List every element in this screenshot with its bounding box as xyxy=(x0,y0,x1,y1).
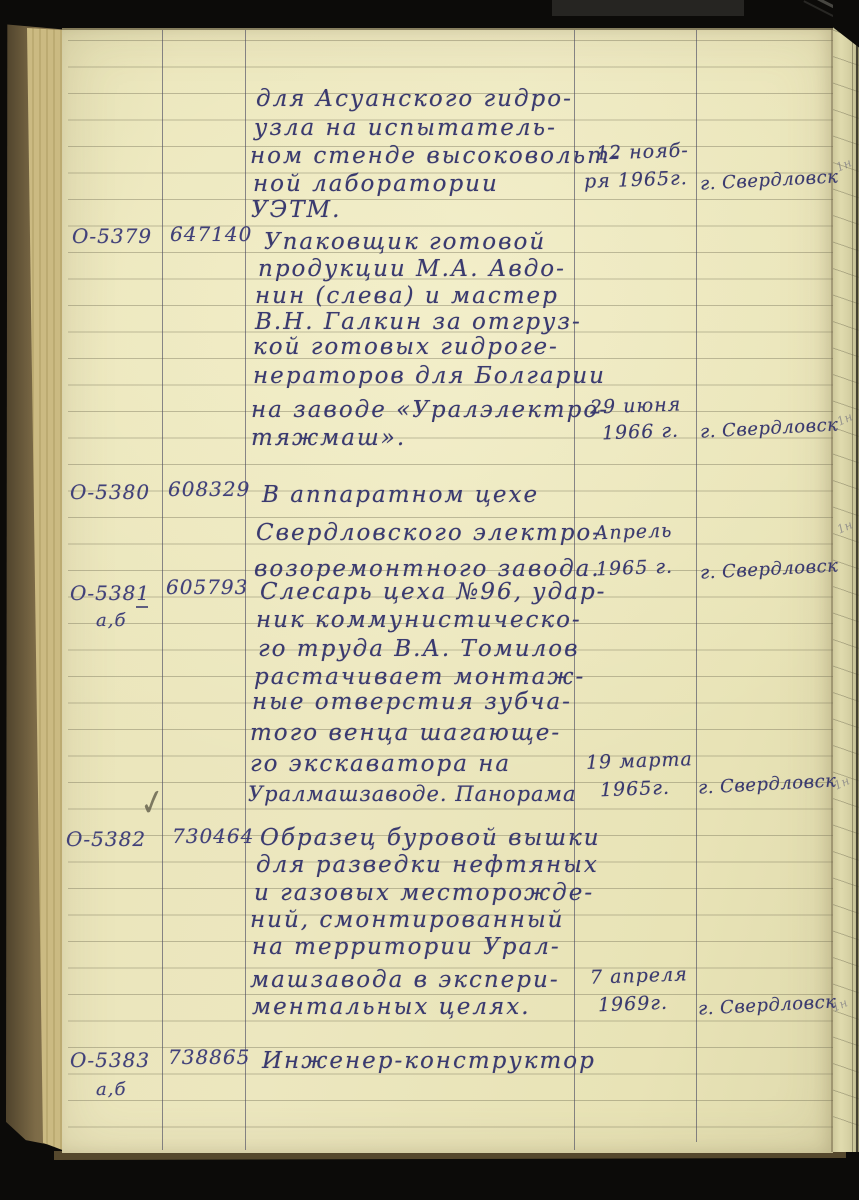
column-divider xyxy=(696,30,697,1142)
description-line: го экскаватора на xyxy=(250,753,511,776)
catalog-number: О-5382 xyxy=(66,829,146,849)
page-edge-shadow xyxy=(852,24,853,1152)
catalog-number: О-5383 xyxy=(70,1050,150,1070)
negative-number: 605793 xyxy=(166,577,248,597)
negative-number: 738865 xyxy=(168,1047,250,1067)
catalog-number-underline xyxy=(136,606,148,608)
description-line: узла на испытатель- xyxy=(254,117,557,140)
description-line: Инженер-конструктор xyxy=(262,1050,596,1073)
negative-number: 730464 xyxy=(172,826,254,846)
curled-page-edge xyxy=(833,24,859,1152)
description-line: ний, смонтированный xyxy=(250,909,564,932)
description-line: для Асуанского гидро- xyxy=(256,88,573,111)
description-line: машзавода в экспери- xyxy=(250,969,560,992)
description-line: Слесарь цеха №96, удар- xyxy=(260,581,606,604)
description-line: тяжмаш». xyxy=(251,427,406,450)
description-line: и газовых месторожде- xyxy=(254,882,594,905)
page-edge-shadow xyxy=(856,24,858,1152)
description-line: В аппаратном цехе xyxy=(262,484,539,507)
column-divider xyxy=(162,30,163,1150)
description-line: кой готовых гидроге- xyxy=(253,336,559,359)
date-line: ря 1965г. xyxy=(584,169,688,192)
description-line: Свердловского электро- xyxy=(256,522,602,545)
description-line: ник коммунистическо- xyxy=(256,609,582,632)
description-line: В.Н. Галкин за отгруз- xyxy=(255,311,582,334)
description-line: нераторов для Болгарии xyxy=(253,365,606,388)
negative-number: 608329 xyxy=(168,479,250,499)
description-line: продукции М.А. Авдо- xyxy=(258,258,566,281)
negative-number: 647140 xyxy=(170,224,252,244)
catalog-suffix: а,б xyxy=(96,1081,126,1099)
book-top-shadow xyxy=(552,0,744,16)
description-line: Уралмашзаводе. Панорама xyxy=(248,784,576,805)
description-line: для разведки нефтяных xyxy=(256,854,599,877)
catalog-number: О-5381 xyxy=(70,583,150,603)
date-line: 1965г. xyxy=(600,779,671,800)
description-line: Образец буровой вышки xyxy=(260,827,601,850)
catalog-number: О-5379 xyxy=(72,226,152,246)
catalog-suffix: а,б xyxy=(96,612,126,630)
description-line: Упаковщик готовой xyxy=(264,231,546,254)
description-line: на заводе «Уралэлектро- xyxy=(251,399,609,422)
description-line: ментальных целях. xyxy=(252,996,531,1019)
date-line: 1965 г. xyxy=(596,558,674,580)
catalog-number: О-5380 xyxy=(70,482,150,502)
description-line: нин (слева) и мастер xyxy=(255,285,559,308)
description-line: возоремонтного завода. xyxy=(254,558,601,581)
description-line: УЭТМ. xyxy=(251,199,341,222)
date-line: 7 апреля xyxy=(590,965,688,987)
description-line: го труда В.А. Томилов xyxy=(258,638,579,661)
description-line: растачивает монтаж- xyxy=(254,666,585,689)
description-line: того венца шагающе- xyxy=(250,722,561,745)
ledger-page-photo: для Асуанского гидро- узла на испытатель… xyxy=(0,0,859,1200)
date-line: 12 нояб- xyxy=(596,141,689,163)
description-line: на территории Урал- xyxy=(252,936,561,959)
date-line: 19 марта xyxy=(586,750,693,773)
description-line: ные отверстия зубча- xyxy=(252,691,572,714)
date-line: Апрель xyxy=(594,522,673,544)
date-line: 1966 г. xyxy=(602,422,680,444)
date-line: 1969г. xyxy=(598,994,669,1015)
description-line: ной лаборатории xyxy=(253,173,499,196)
description-line: ном стенде высоковольт- xyxy=(250,145,621,168)
date-line: 29 июня xyxy=(590,395,682,417)
